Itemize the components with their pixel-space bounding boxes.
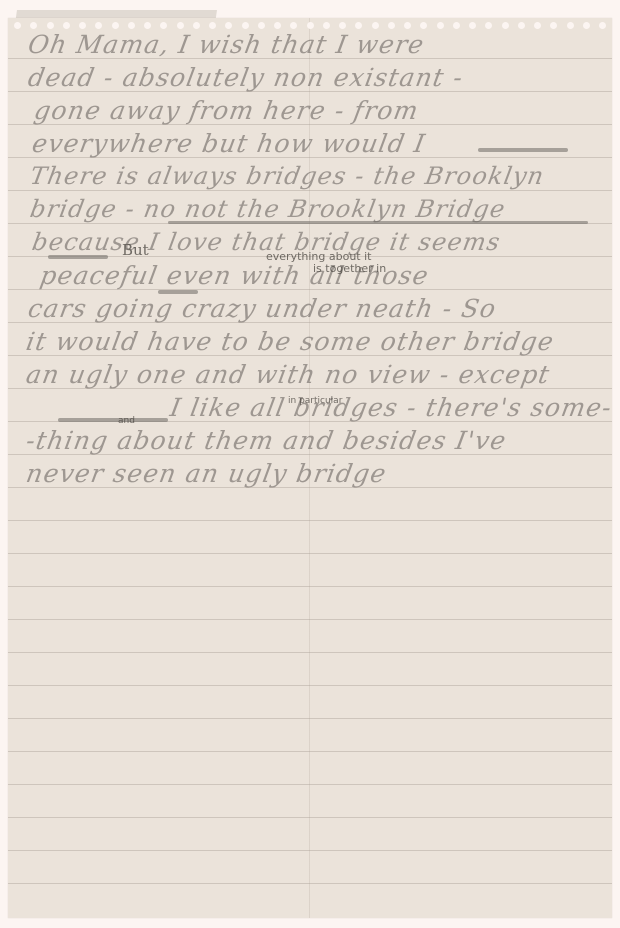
- notepad-sheet: Oh Mama, I wish that I were dead - absol…: [8, 18, 612, 918]
- handwritten-line: bridge - no not the Brooklyn Bridge: [28, 195, 508, 223]
- handwritten-line: dead - absolutely non existant -: [26, 63, 466, 92]
- ruled-line: [8, 685, 612, 686]
- scribble-strikethrough: [478, 148, 568, 152]
- ruled-line: [8, 850, 612, 851]
- page: Oh Mama, I wish that I were dead - absol…: [0, 0, 620, 928]
- scribble-strikethrough: [168, 221, 588, 224]
- insert-but: But: [122, 241, 149, 259]
- insert-in-particular: in particular: [288, 396, 342, 406]
- scribble-strikethrough: [58, 418, 168, 422]
- ruled-line: [8, 619, 612, 620]
- ruled-line: [8, 190, 612, 191]
- handwritten-line: an ugly one and with no view - except: [24, 360, 552, 389]
- ruled-line: [8, 883, 612, 884]
- ruled-line: [8, 553, 612, 554]
- ruled-line: [8, 817, 612, 818]
- handwritten-line: cars going crazy under neath - So: [26, 294, 499, 323]
- scribble-strikethrough: [48, 255, 108, 259]
- handwritten-line: There is always bridges - the Brooklyn: [28, 162, 547, 190]
- ruled-line: [8, 586, 612, 587]
- handwritten-line: Oh Mama, I wish that I were: [26, 30, 427, 59]
- handwritten-line: never seen an ugly bridge: [24, 459, 389, 488]
- perforated-edge: [8, 18, 612, 32]
- ruled-line: [8, 784, 612, 785]
- scribble-strikethrough: [158, 290, 198, 294]
- handwritten-line: it would have to be some other bridge: [24, 327, 557, 356]
- ruled-line: [8, 652, 612, 653]
- handwritten-line: -thing about them and besides I've: [24, 426, 509, 455]
- ruled-line: [8, 520, 612, 521]
- insert-and: and: [118, 416, 135, 426]
- handwritten-line: everywhere but how would I: [30, 129, 428, 158]
- handwritten-line: gone away from here - from: [32, 96, 421, 125]
- handwritten-line: I like all bridges - there's some-: [168, 393, 612, 422]
- ruled-line: [8, 718, 612, 719]
- ruled-line: [8, 751, 612, 752]
- insert-is-together: is together in: [313, 262, 386, 275]
